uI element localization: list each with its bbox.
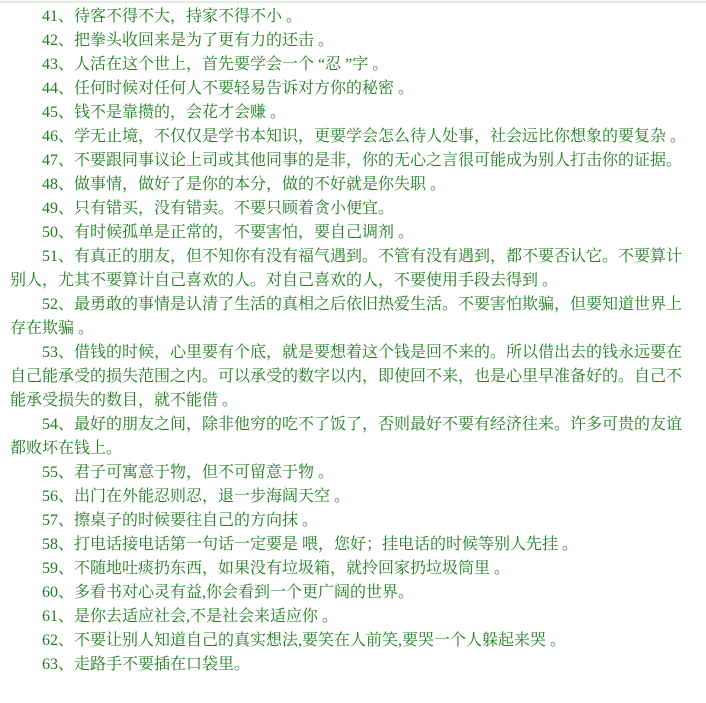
list-item-50: 50、有时候孤单是正常的，不要害怕，要自己调剂 。 — [10, 221, 697, 245]
list-item-63: 63、走路手不要插在口袋里。 — [10, 653, 697, 677]
list-item-49: 49、只有错买，没有错卖。不要只顾着贪小便宜。 — [10, 197, 697, 221]
list-item-62: 62、不要让别人知道自己的真实想法,要笑在人前笑,要哭一个人躲起来哭 。 — [10, 629, 697, 653]
list-item-47: 47、不要跟同事议论上司或其他同事的是非，你的无心之言很可能成为别人打击你的证据… — [10, 149, 697, 173]
list-item-60: 60、多看书对心灵有益,你会看到一个更广阔的世界。 — [10, 581, 697, 605]
list-item-61: 61、是你去适应社会,不是社会来适应你 。 — [10, 605, 697, 629]
list-item-56: 56、出门在外能忍则忍，退一步海阔天空 。 — [10, 485, 697, 509]
list-item-48: 48、做事情，做好了是你的本分，做的不好就是你失职 。 — [10, 173, 697, 197]
list-item-58: 58、打电话接电话第一句话一定要是 喂，您好；挂电话的时候等别人先挂 。 — [10, 533, 697, 557]
list-item-42: 42、把拳头收回来是为了更有力的还击 。 — [10, 29, 697, 53]
list-item-43: 43、人活在这个世上，首先要学会一个 “忍 ”字 。 — [10, 53, 697, 77]
list-item-55: 55、君子可寓意于物，但不可留意于物 。 — [10, 461, 697, 485]
list-item-52: 52、最勇敢的事情是认清了生活的真相之后依旧热爱生活。不要害怕欺骗，但要知道世界… — [10, 293, 697, 341]
list-item-54: 54、最好的朋友之间，除非他穷的吃不了饭了，否则最好不要有经济往来。许多可贵的友… — [10, 413, 697, 461]
list-item-41: 41、待客不得不大，持家不得不小 。 — [10, 5, 697, 29]
list-item-51: 51、有真正的朋友，但不知你有没有福气遇到。不管有没有遇到，都不要否认它。不要算… — [10, 245, 697, 293]
list-item-59: 59、不随地吐痰扔东西，如果没有垃圾箱，就拎回家扔垃圾筒里 。 — [10, 557, 697, 581]
advice-list-document: 41、待客不得不大，持家不得不小 。 42、把拳头收回来是为了更有力的还击 。 … — [0, 4, 706, 677]
list-item-53: 53、借钱的时候，心里要有个底，就是要想着这个钱是回不来的。所以借出去的钱永远要… — [10, 341, 697, 413]
list-item-57: 57、擦桌子的时候要往自己的方向抹 。 — [10, 509, 697, 533]
list-item-45: 45、钱不是靠攒的，会花才会赚 。 — [10, 101, 697, 125]
list-item-46: 46、学无止境，不仅仅是学书本知识，更要学会怎么待人处事，社会远比你想象的要复杂… — [10, 125, 697, 149]
list-item-44: 44、任何时候对任何人不要轻易告诉对方你的秘密 。 — [10, 77, 697, 101]
